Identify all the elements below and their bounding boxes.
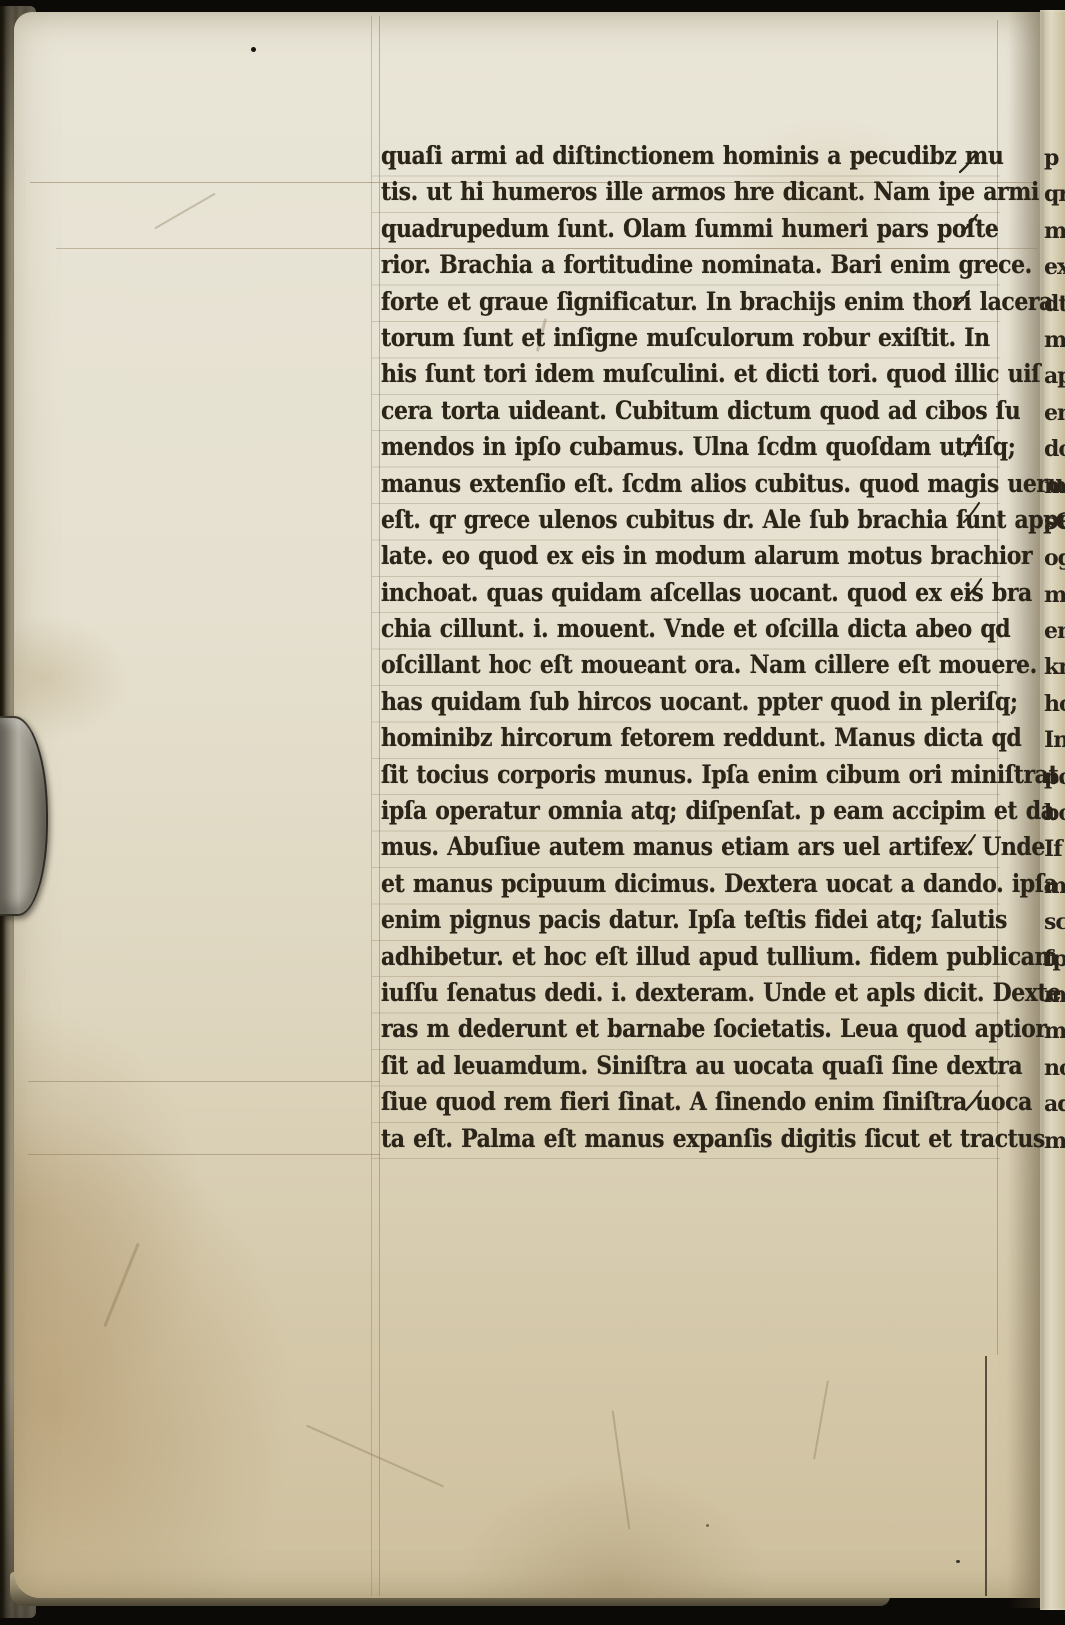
text-line: oſcillant hoc eſt moueant ora. Nam cille… <box>381 646 972 682</box>
text-fragment: km <box>1044 649 1065 685</box>
pen-flourish <box>952 288 972 310</box>
text-line: eſt. qr grece ulenos cubitus dr. Ale ſub… <box>381 501 972 537</box>
text-line: et manus pcipuum dicimus. Dextera uocat … <box>381 865 972 901</box>
text-fragment: sc <box>1044 904 1065 940</box>
text-line: mus. Abuſiue autem manus etiam ars uel a… <box>381 828 972 864</box>
text-line: ſiue quod rem fieri ſinat. A ſinendo eni… <box>381 1083 972 1119</box>
text-fragment: og <box>1044 540 1065 576</box>
text-line: inchoat. quas quidam aſcellas uocant. qu… <box>381 574 972 610</box>
text-fragment: In <box>1044 722 1065 758</box>
text-fragment: m <box>1044 213 1065 249</box>
pen-flourish <box>960 212 980 234</box>
text-line: adhibetur. et hoc eſt illud apud tullium… <box>381 938 972 974</box>
pen-flourish <box>964 1088 984 1112</box>
ruling-line-horizontal-bottom-1 <box>28 1081 380 1082</box>
text-line: chia cillunt. i. mouent. Vnde et oſcilla… <box>381 610 972 646</box>
text-line: ſit ad leuamdum. Siniſtra au uocata quaſ… <box>381 1047 972 1083</box>
text-line: quaſi armi ad diſtinctionem hominis a pe… <box>381 137 972 173</box>
text-fragment: ex <box>1044 249 1065 285</box>
text-fragment: ma <box>1044 1013 1065 1049</box>
page-crease-line <box>985 1356 987 1596</box>
text-fragment: em <box>1044 395 1065 431</box>
text-fragment: m <box>1044 1123 1065 1159</box>
text-line: tis. ut hi humeros ille armos hre dicant… <box>381 173 972 209</box>
ruling-line-horizontal-bottom-2 <box>28 1154 380 1155</box>
text-fragment: qr <box>1044 176 1065 212</box>
text-line: ta eſt. Palma eſt manus expanſis digitis… <box>381 1120 972 1156</box>
text-line: ſit tocius corporis munus. Ipſa enim cib… <box>381 756 972 792</box>
pen-flourish <box>962 432 982 458</box>
manuscript-photo: quaſi armi ad diſtinctionem hominis a pe… <box>0 0 1065 1625</box>
text-line: mendos in ipſo cubamus. Ulna ſcdm quoſda… <box>381 428 972 464</box>
pen-flourish <box>958 832 978 856</box>
text-fragment: p <box>1044 140 1065 176</box>
text-fragment: ap <box>1044 358 1065 394</box>
text-column: quaſi armi ad diſtinctionem hominis a pe… <box>381 137 972 1156</box>
text-fragment: no <box>1044 1050 1065 1086</box>
text-line: torum ſunt et inſigne muſculorum robur e… <box>381 319 972 355</box>
text-line: has quidam ſub hircos uocant. ppter quod… <box>381 683 972 719</box>
text-fragment: em <box>1044 613 1065 649</box>
text-fragment: ad <box>1044 1086 1065 1122</box>
text-line: forte et graue ſignificatur. In brachijs… <box>381 283 972 319</box>
text-fragment: If <box>1044 831 1065 867</box>
text-line: ras m dederunt et barnabe ſocietatis. Le… <box>381 1010 972 1046</box>
text-line: enim pignus pacis datur. Ipſa teſtis fid… <box>381 901 972 937</box>
text-line: manus extenſio eſt. ſcdm alios cubitus. … <box>381 465 972 501</box>
text-line: iuſſu ſenatus dedi. i. dexteram. Unde et… <box>381 974 972 1010</box>
text-line: late. eo quod ex eis in modum alarum mot… <box>381 537 972 573</box>
pen-flourish <box>958 152 978 174</box>
text-line: quadrupedum ſunt. Olam ſummi humeri pars… <box>381 210 972 246</box>
text-line: ipſa operatur omnia atq; diſpenſat. p ea… <box>381 792 972 828</box>
ink-fleck <box>251 47 256 52</box>
text-line: his ſunt tori idem muſculini. et dicti t… <box>381 355 972 391</box>
pen-flourish <box>962 500 982 524</box>
ink-fleck <box>956 1560 960 1563</box>
text-line: cera torta uideant. Cubitum dictum quod … <box>381 392 972 428</box>
text-fragment: ma <box>1044 577 1065 613</box>
text-line: hominibz hircorum fetorem reddunt. Manus… <box>381 719 972 755</box>
ink-fleck <box>706 1524 709 1527</box>
pen-flourish <box>964 576 984 600</box>
text-line: rior. Brachia a fortitudine nominata. Ba… <box>381 246 972 282</box>
text-fragment: do <box>1044 431 1065 467</box>
text-fragment: ms <box>1044 322 1065 358</box>
text-fragment: ho <box>1044 686 1065 722</box>
